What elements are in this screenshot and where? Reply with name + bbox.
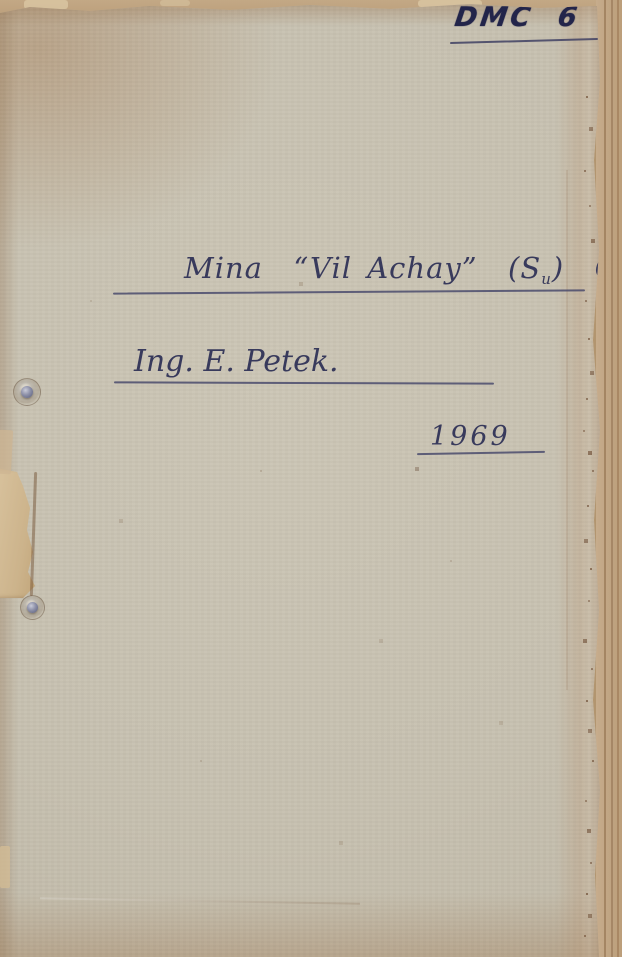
cover-author: Ing. E. Petek. — [134, 344, 339, 379]
grommet-pin — [21, 386, 33, 398]
cover-code-underline — [450, 38, 598, 44]
crease-line — [40, 897, 360, 905]
page-edge-line — [611, 0, 613, 957]
tape-remnant-small — [0, 430, 13, 475]
worn-top-edge-patch — [160, 0, 190, 6]
fastener-grommet-bottom — [20, 595, 45, 620]
page-edge-line — [617, 0, 619, 957]
page-edge-line — [604, 0, 606, 957]
tape-torn-edge — [30, 472, 37, 596]
right-fold-shading — [556, 0, 602, 957]
cover-title: Mina “Vil Achay” (Su) Cat. — [184, 251, 622, 288]
cover-title-underline — [113, 289, 585, 294]
archive-folder-cover-photo: DMC 6 Mina “Vil Achay” (Su) Cat. Ing. E.… — [0, 0, 622, 957]
cover-title-main: Mina “Vil Achay” (S — [184, 251, 541, 285]
worn-corner-patch — [0, 846, 10, 888]
corner-stain — [0, 0, 622, 957]
cover-year: 1969 — [430, 421, 511, 452]
fastener-grommet-top — [13, 378, 41, 406]
paper-grain-texture — [0, 0, 622, 957]
grommet-pin — [27, 602, 38, 613]
bottom-wear-shading — [0, 893, 622, 957]
crease-line — [566, 170, 568, 690]
folder-cover-sheet: DMC 6 Mina “Vil Achay” (Su) Cat. Ing. E.… — [0, 0, 622, 957]
cover-title-subscript: u — [541, 270, 552, 288]
cover-author-underline — [114, 381, 494, 384]
